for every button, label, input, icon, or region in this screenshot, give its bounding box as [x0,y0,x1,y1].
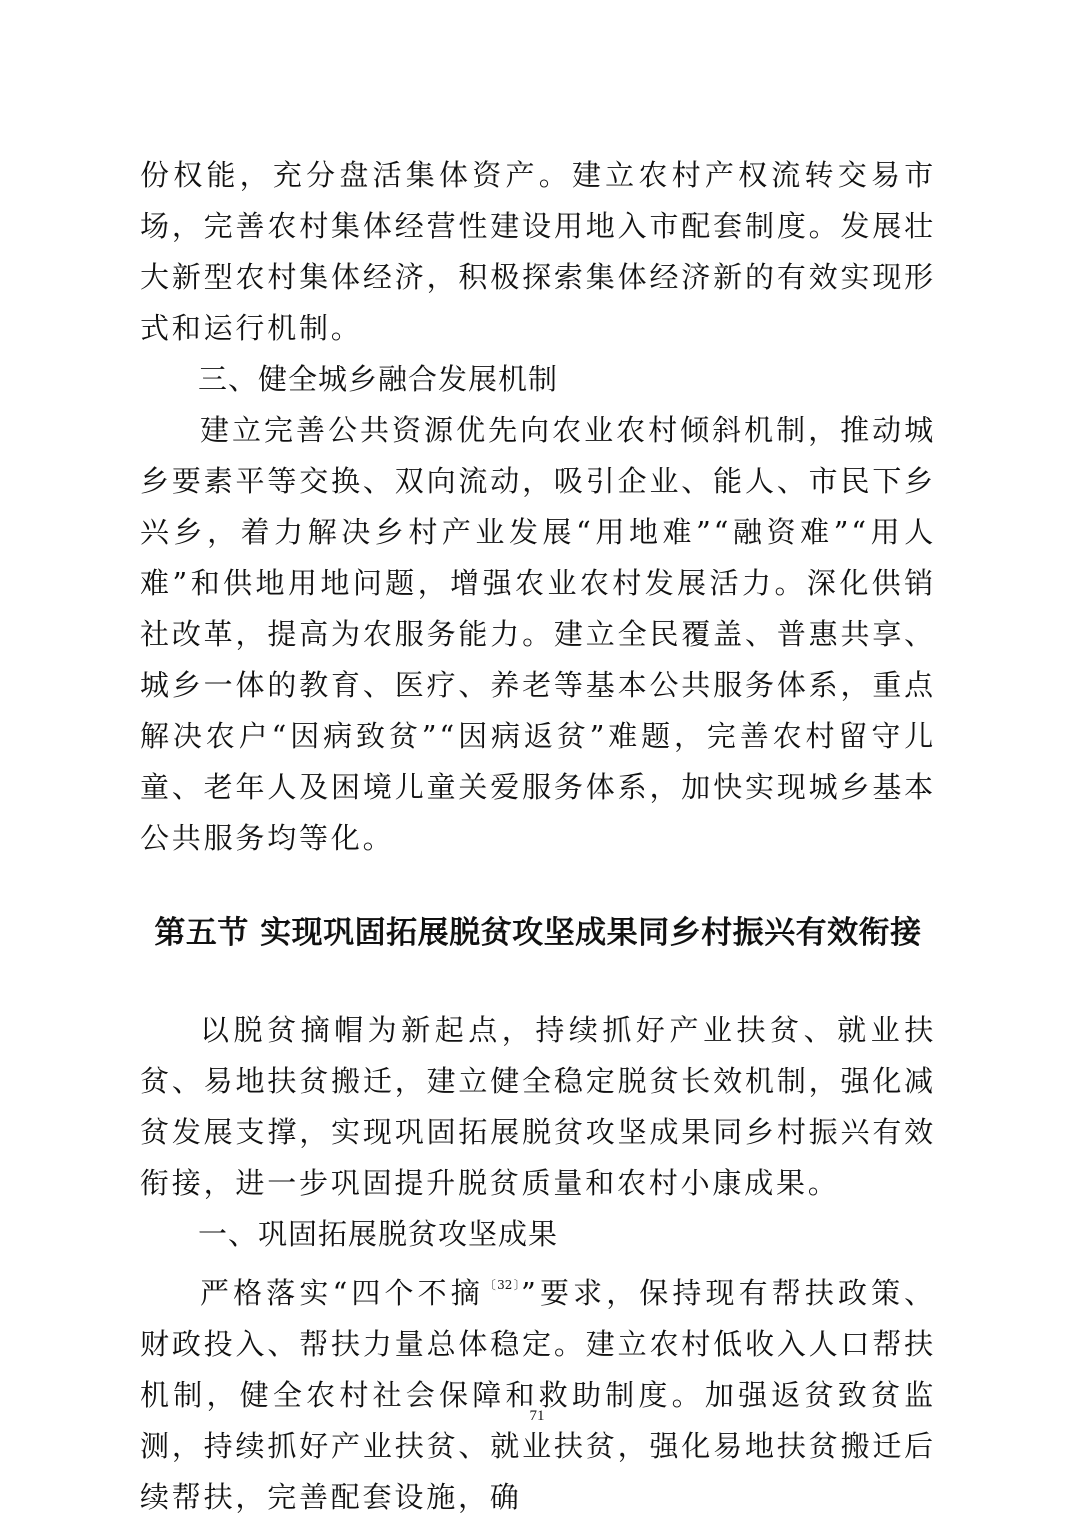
spacer [140,959,936,1005]
section-title-section-five: 第五节 实现巩固拓展脱贫攻坚成果同乡村振兴有效衔接 [140,908,936,959]
page-number: 71 [0,1408,1074,1425]
paragraph-collective-assets: 份权能，充分盘活集体资产。建立农村产权流转交易市场，完善农村集体经营性建设用地入… [140,150,936,354]
paragraph-text-after-ref: ”要求，保持现有帮扶政策、财政投入、帮扶力量总体稳定。建立农村低收入人口帮扶机制… [140,1276,936,1514]
footnote-reference[interactable]: 〔32〕 [484,1278,521,1292]
spacer [140,864,936,908]
subheading-consolidate-results: 一、巩固拓展脱贫攻坚成果 [140,1209,936,1260]
paragraph-public-resources: 建立完善公共资源优先向农业农村倾斜机制，推动城乡要素平等交换、双向流动，吸引企业… [140,405,936,864]
document-page: 份权能，充分盘活集体资产。建立农村产权流转交易市场，完善农村集体经营性建设用地入… [140,150,936,1520]
paragraph-poverty-alleviation-intro: 以脱贫摘帽为新起点，持续抓好产业扶贫、就业扶贫、易地扶贫搬迁，建立健全稳定脱贫长… [140,1005,936,1209]
paragraph-text-before-ref: 严格落实“四个不摘 [200,1276,484,1310]
subheading-urban-rural-integration: 三、健全城乡融合发展机制 [140,354,936,405]
paragraph-four-not-removes: 严格落实“四个不摘〔32〕”要求，保持现有帮扶政策、财政投入、帮扶力量总体稳定。… [140,1260,936,1520]
